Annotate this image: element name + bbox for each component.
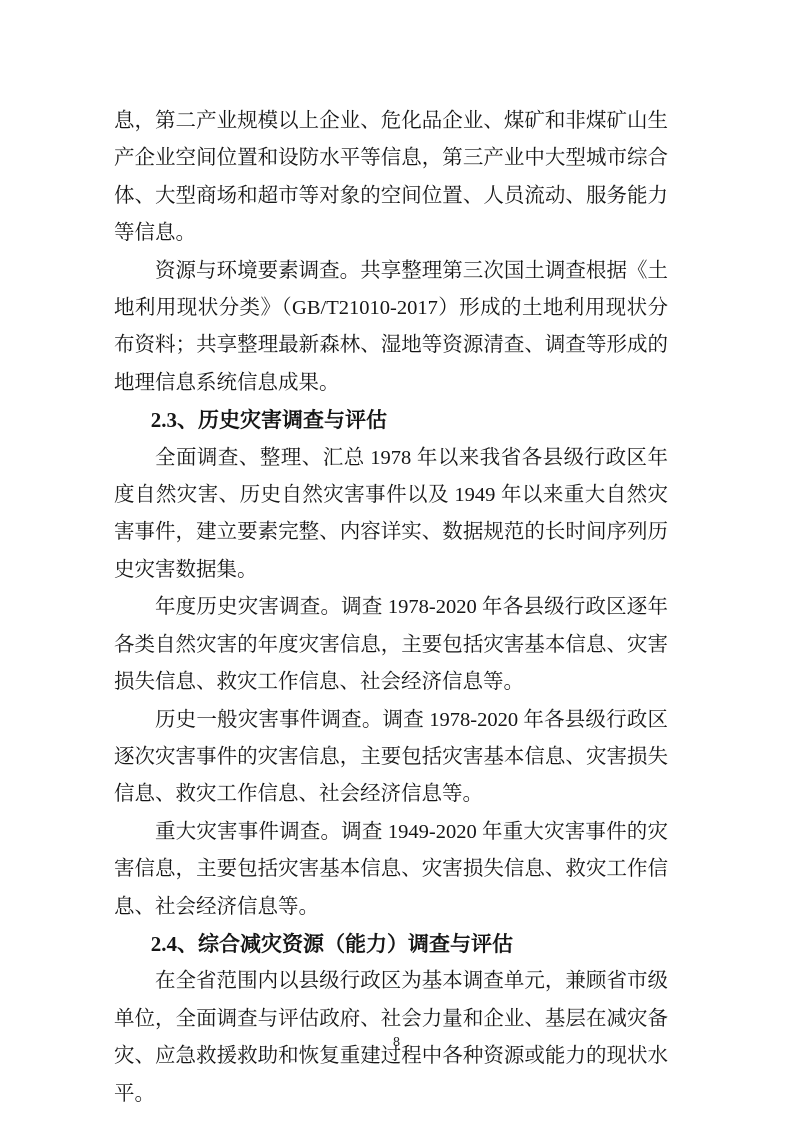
document-page: 息，第二产业规模以上企业、危化品企业、煤矿和非煤矿山生产企业空间位置和设防水平等…	[0, 0, 793, 1122]
section-heading-2-3-historical-disaster-survey: 2.3、历史灾害调查与评估	[114, 402, 668, 439]
paragraph-major-disaster-event-survey: 重大灾害事件调查。调查 1949-2020 年重大灾害事件的灾害信息，主要包括灾…	[114, 814, 668, 926]
page-number: 8	[0, 1033, 793, 1053]
paragraph-annual-historical-disaster-survey: 年度历史灾害调查。调查 1978-2020 年各县级行政区逐年各类自然灾害的年度…	[114, 589, 668, 701]
section-heading-2-4-mitigation-resource-survey: 2.4、综合减灾资源（能力）调查与评估	[114, 926, 668, 963]
paragraph-industry-info: 息，第二产业规模以上企业、危化品企业、煤矿和非煤矿山生产企业空间位置和设防水平等…	[114, 103, 668, 253]
paragraph-comprehensive-survey-summary: 全面调查、整理、汇总 1978 年以来我省各县级行政区年度自然灾害、历史自然灾害…	[114, 440, 668, 590]
paragraph-general-disaster-event-survey: 历史一般灾害事件调查。调查 1978-2020 年各县级行政区逐次灾害事件的灾害…	[114, 702, 668, 814]
document-body: 息，第二产业规模以上企业、危化品企业、煤矿和非煤矿山生产企业空间位置和设防水平等…	[114, 103, 668, 1113]
paragraph-resource-environment-survey: 资源与环境要素调查。共享整理第三次国土调查根据《土地利用现状分类》（GB/T21…	[114, 253, 668, 403]
